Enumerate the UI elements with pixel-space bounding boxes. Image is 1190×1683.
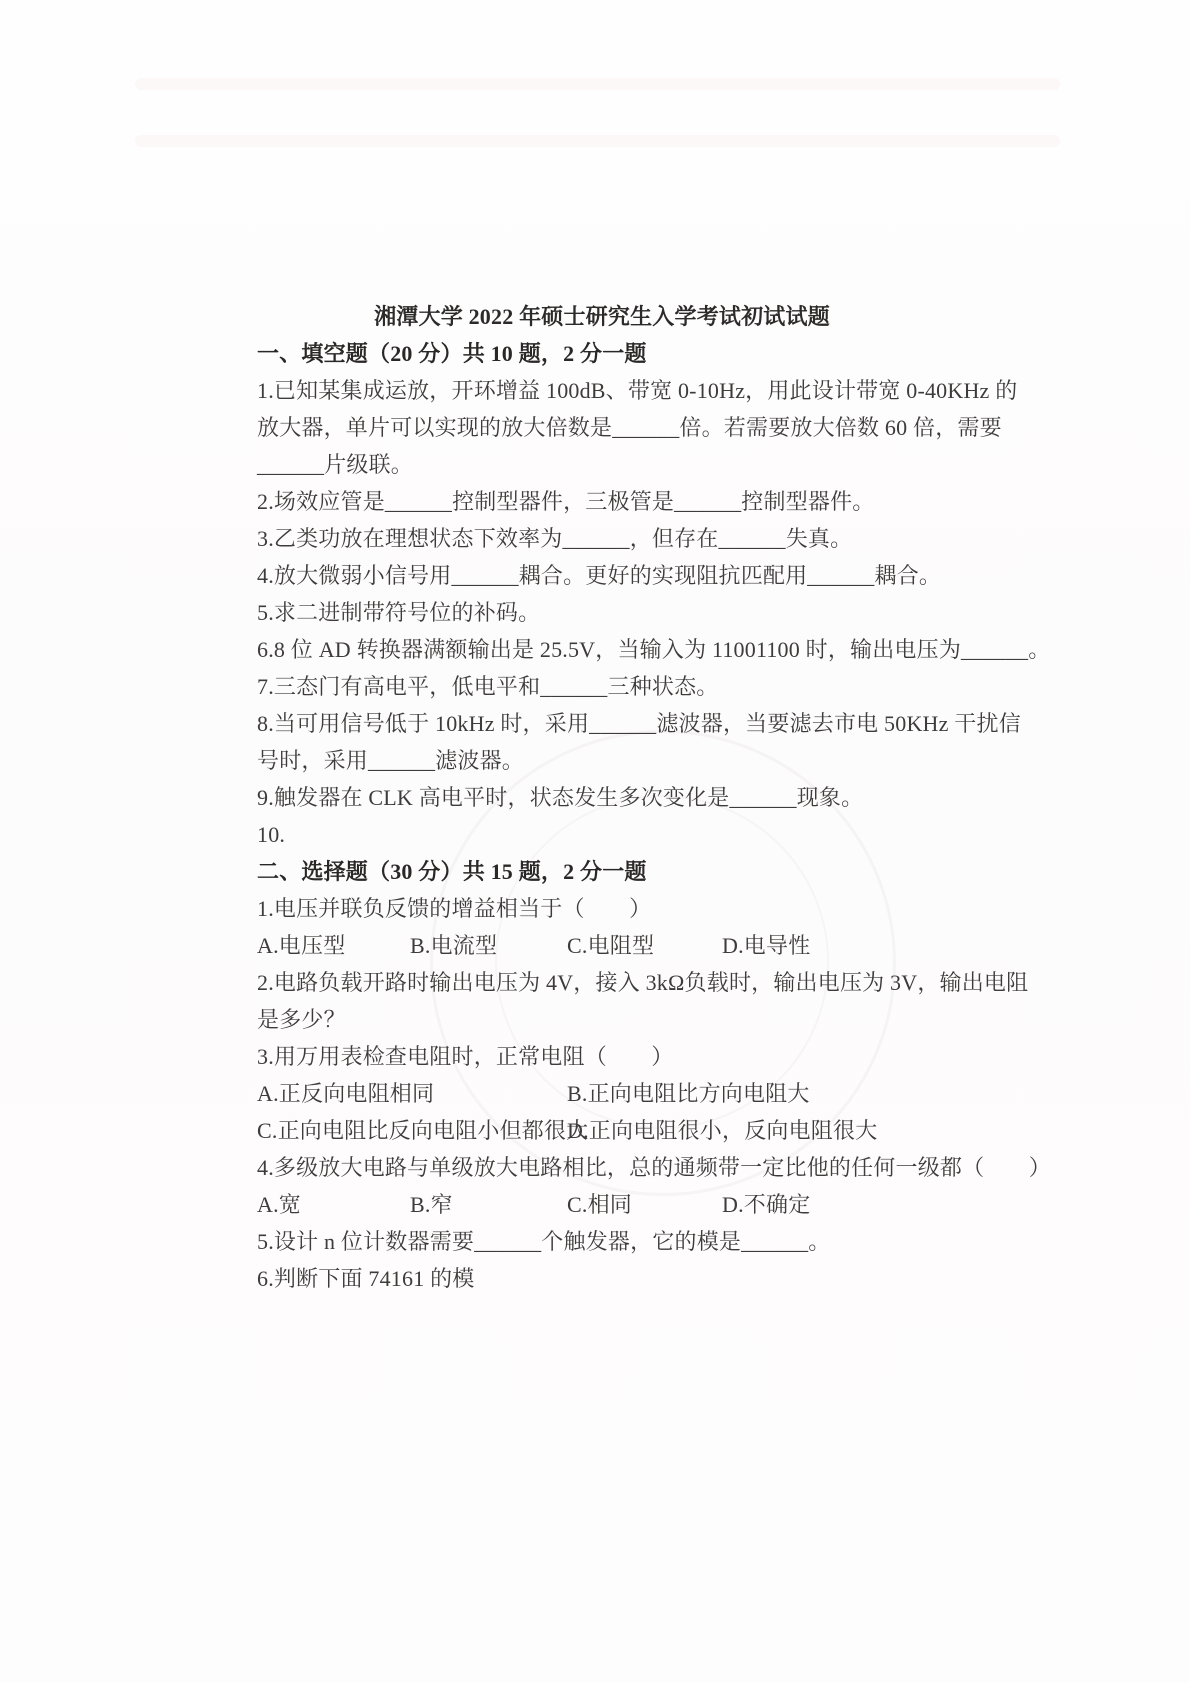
fill-q8-line2: 号时，采用______滤波器。 xyxy=(257,742,947,779)
choice-q2-line1: 2.电路负载开路时输出电压为 4V，接入 3kΩ负载时，输出电压为 3V，输出电… xyxy=(257,964,947,1001)
choice-q1-options: A.电压型 B.电流型 C.电阻型 D.电导性 xyxy=(257,927,947,964)
option-d: D.不确定 xyxy=(722,1186,947,1223)
choice-q4-options: A.宽 B.窄 C.相同 D.不确定 xyxy=(257,1186,947,1223)
choice-q3-options-row1: A.正反向电阻相同 B.正向电阻比方向电阻大 xyxy=(257,1075,947,1112)
fill-q8-line1: 8.当可用信号低于 10kHz 时，采用______滤波器，当要滤去市电 50K… xyxy=(257,705,947,742)
choice-q4: 4.多级放大电路与单级放大电路相比，总的通频带一定比他的任何一级都（ ） xyxy=(257,1149,947,1186)
section1-heading: 一、填空题（20 分）共 10 题，2 分一题 xyxy=(257,335,947,372)
option-d: D.正向电阻很小，反向电阻很大 xyxy=(567,1112,947,1149)
option-b: B.窄 xyxy=(410,1186,567,1223)
choice-q2-line2: 是多少？ xyxy=(257,1001,947,1038)
section2-heading: 二、选择题（30 分）共 15 题，2 分一题 xyxy=(257,853,947,890)
fill-q9: 9.触发器在 CLK 高电平时，状态发生多次变化是______现象。 xyxy=(257,779,947,816)
option-b: B.正向电阻比方向电阻大 xyxy=(567,1075,947,1112)
fill-q5: 5.求二进制带符号位的补码。 xyxy=(257,594,947,631)
fill-q1-line3: ______片级联。 xyxy=(257,446,947,483)
fill-q3: 3.乙类功放在理想状态下效率为______，但存在______失真。 xyxy=(257,520,947,557)
fill-q4: 4.放大微弱小信号用______耦合。更好的实现阻抗匹配用______耦合。 xyxy=(257,557,947,594)
choice-q3-options-row2: C.正向电阻比反向电阻小但都很大 D.正向电阻很小，反向电阻很大 xyxy=(257,1112,947,1149)
exam-content: 湘潭大学 2022 年硕士研究生入学考试初试试题 一、填空题（20 分）共 10… xyxy=(257,0,947,1297)
page-title: 湘潭大学 2022 年硕士研究生入学考试初试试题 xyxy=(257,298,947,335)
option-b: B.电流型 xyxy=(410,927,567,964)
choice-q1: 1.电压并联负反馈的增益相当于（ ） xyxy=(257,890,947,927)
option-c: C.相同 xyxy=(567,1186,722,1223)
choice-q5: 5.设计 n 位计数器需要______个触发器，它的模是______。 xyxy=(257,1223,947,1260)
option-a: A.正反向电阻相同 xyxy=(257,1075,567,1112)
choice-q3: 3.用万用表检查电阻时，正常电阻（ ） xyxy=(257,1038,947,1075)
option-c: C.正向电阻比反向电阻小但都很大 xyxy=(257,1112,567,1149)
option-d: D.电导性 xyxy=(722,927,947,964)
fill-q1-line2: 放大器，单片可以实现的放大倍数是______倍。若需要放大倍数 60 倍，需要 xyxy=(257,409,947,446)
exam-paper-scan: 湘潭大学 2022 年硕士研究生入学考试初试试题 一、填空题（20 分）共 10… xyxy=(0,0,1190,1683)
option-a: A.电压型 xyxy=(257,927,410,964)
option-a: A.宽 xyxy=(257,1186,410,1223)
choice-q6: 6.判断下面 74161 的模 xyxy=(257,1260,947,1297)
fill-q2: 2.场效应管是______控制型器件，三极管是______控制型器件。 xyxy=(257,483,947,520)
fill-q1-line1: 1.已知某集成运放，开环增益 100dB、带宽 0-10Hz，用此设计带宽 0-… xyxy=(257,372,947,409)
fill-q7: 7.三态门有高电平，低电平和______三种状态。 xyxy=(257,668,947,705)
fill-q6: 6.8 位 AD 转换器满额输出是 25.5V，当输入为 11001100 时，… xyxy=(257,631,947,668)
fill-q10: 10. xyxy=(257,816,947,853)
option-c: C.电阻型 xyxy=(567,927,722,964)
